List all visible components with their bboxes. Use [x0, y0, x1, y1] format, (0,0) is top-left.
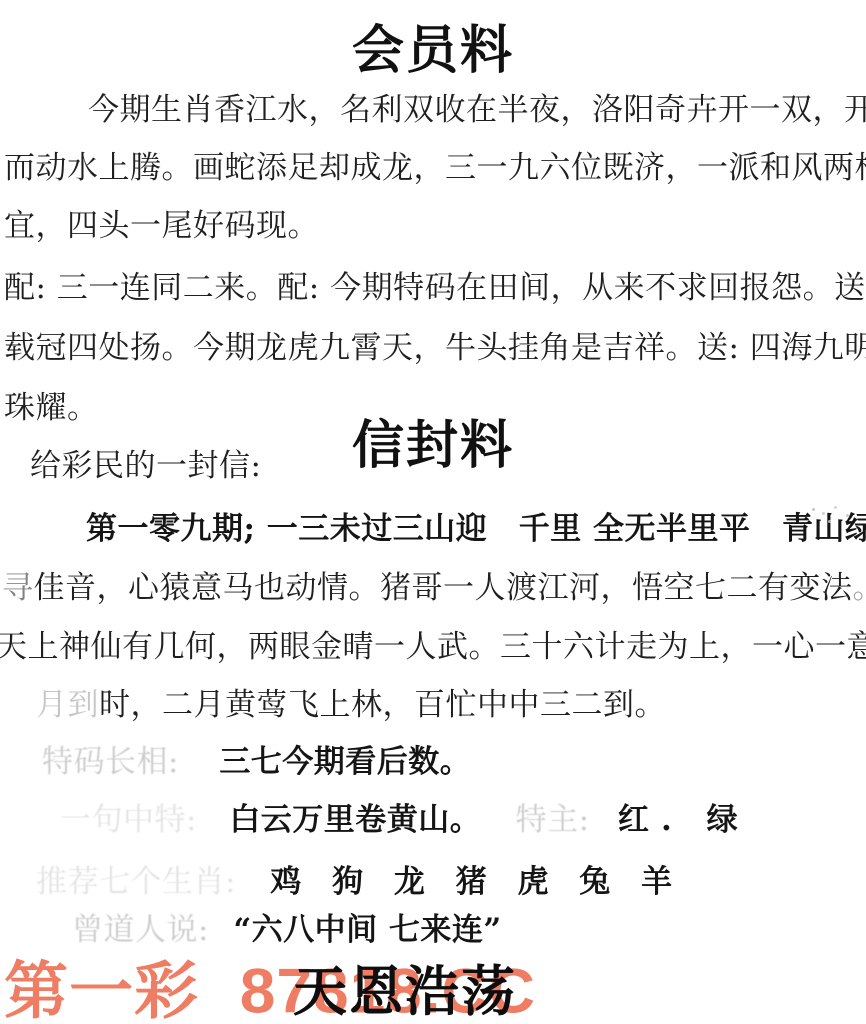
- special-number-value: 三七今期看后数。: [219, 744, 471, 780]
- letter-to-punters-label: 给彩民的一封信:: [30, 440, 261, 485]
- zodiac-label: 推荐七个生肖:: [36, 864, 236, 900]
- scanned-lottery-sheet: 会员料 今期生肖香江水，名利双收在半夜，洛阳奇卉开一双，开声 而动水上腾。画蛇添…: [0, 0, 866, 1024]
- special-number-label: 特码长相:: [42, 744, 179, 780]
- member-pairing-line: 配: 三一连同二来。配: 今期特码在田间，从来不求回报怨。送:: [4, 262, 866, 307]
- one-sentence-value: 白云万里卷黄山。: [229, 802, 481, 838]
- blessing-text: 天恩浩荡: [293, 949, 517, 1024]
- issue-number-line: 第一零九期; 一三未过三山迎 千里 全无半里平 青山绿水: [86, 503, 866, 548]
- member-section-title: 会员料: [0, 8, 866, 83]
- one-sentence-label: 一句中特:: [60, 802, 197, 838]
- special-number-row: 特码长相: 三七今期看后数。: [42, 736, 471, 781]
- scan-smudge: [812, 508, 858, 530]
- member-paragraph-line: 宜，四头一尾好码现。: [4, 200, 319, 245]
- member-paragraph-line: 今期生肖香江水，名利双收在半夜，洛阳奇卉开一双，开声: [88, 84, 866, 129]
- poem-line: 天上神仙有几何，两眼金晴一人武。三十六计走为上，一心一意: [0, 621, 866, 666]
- member-pairing-line: 载冠四处扬。今期龙虎九霄天，牛头挂角是吉祥。送: 四海九明: [4, 322, 866, 367]
- special-color-label: 特主:: [516, 802, 590, 838]
- special-color-value: 红. 绿: [618, 802, 750, 838]
- faded-characters: 月到: [36, 687, 99, 723]
- one-sentence-row: 一句中特: 白云万里卷黄山。 特主: 红. 绿: [60, 794, 750, 839]
- poem-line: 寻佳音，心猿意马也动情。猪哥一人渡江河，悟空七二有变法。: [2, 562, 866, 607]
- faded-character: 寻: [2, 570, 34, 606]
- zodiac-value: 鸡 狗 龙 猪 虎 兔 羊: [270, 864, 682, 900]
- site-name: 第一彩: [4, 956, 199, 1024]
- poem-line: 月到时，二月黄莺飞上林，百忙中中三二到。: [36, 679, 666, 724]
- member-paragraph-line: 而动水上腾。画蛇添足却成龙，三一九六位既济，一派和风两相: [4, 142, 866, 187]
- zodiac-row: 推荐七个生肖: 鸡 狗 龙 猪 虎 兔 羊: [36, 856, 682, 901]
